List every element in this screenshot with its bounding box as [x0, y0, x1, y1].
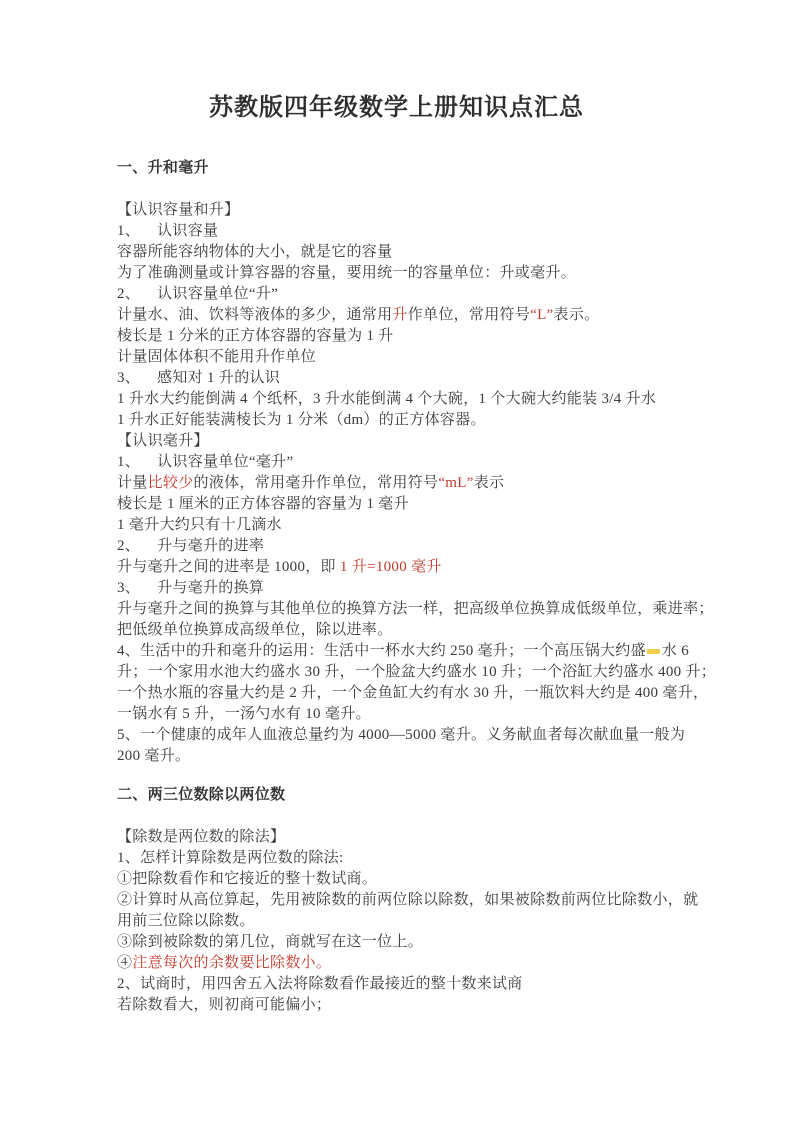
text-segment: 一、升和毫升 — [117, 160, 209, 176]
text-segment: ③除到被除数的第几位，商就写在这一位上。 — [117, 934, 423, 950]
text-segment: 升与毫升的换算 — [157, 580, 264, 596]
text-line: 升与毫升之间的换算与其他单位的换算方法一样，把高级单位换算成低级单位，乘进率； — [117, 599, 676, 620]
text-segment: 认识容量单位“毫升” — [157, 454, 293, 470]
text-line: 计量比较少的液体，常用毫升作单位，常用符号“mL”表示 — [117, 473, 676, 494]
text-segment: ②计算时从高位算起，先用被除数的前两位除以除数，如果被除数前两位比除数小，就 — [117, 892, 698, 908]
text-segment: 用前三位除以除数。 — [117, 913, 255, 929]
text-line: ②计算时从高位算起，先用被除数的前两位除以除数，如果被除数前两位比除数小，就 — [117, 890, 676, 911]
text-segment: 【认识容量和升】 — [117, 202, 239, 218]
text-line: 3、感知对 1 升的认识 — [117, 368, 676, 389]
text-line: 为了准确测量或计算容器的容量，要用统一的容量单位：升或毫升。 — [117, 263, 676, 284]
text-line: 用前三位除以除数。 — [117, 911, 676, 932]
text-segment: 感知对 1 升的认识 — [157, 370, 280, 386]
text-segment: ①把除数看作和它接近的整十数试商。 — [117, 871, 377, 887]
text-line: 1、认识容量单位“毫升” — [117, 452, 676, 473]
text-line: 【认识毫升】 — [117, 431, 676, 452]
text-segment: 容器所能容纳物体的大小，就是它的容量 — [117, 244, 392, 260]
red-emphasis-text: 注意每次的余数要比除数小。 — [132, 955, 331, 971]
text-line: ③除到被除数的第几位，商就写在这一位上。 — [117, 932, 676, 953]
text-segment: 升与毫升之间的进率是 1000，即 — [117, 559, 340, 575]
text-segment: 2、 — [117, 538, 140, 554]
red-emphasis-text: 升 — [392, 307, 407, 323]
text-segment: 2、试商时，用四舍五入法将除数看作最接近的整十数来试商 — [117, 976, 523, 992]
text-line: 把低级单位换算成高级单位，除以进率。 — [117, 620, 676, 641]
text-segment: 一个热水瓶的容量大约是 2 升，一个金鱼缸大约有水 30 升，一瓶饮料大约是 4… — [117, 685, 708, 701]
text-line: 1、认识容量 — [117, 221, 676, 242]
text-segment: 1、 — [117, 454, 140, 470]
text-segment: 200 毫升。 — [117, 748, 190, 764]
text-segment: 若除数看大，则初商可能偏小； — [117, 997, 331, 1013]
text-line: 计量固体体积不能用升作单位 — [117, 347, 676, 368]
text-segment: 升与毫升的进率 — [157, 538, 264, 554]
text-segment: 【认识毫升】 — [117, 433, 209, 449]
text-line: 棱长是 1 厘米的正方体容器的容量为 1 毫升 — [117, 494, 676, 515]
text-segment: 3、 — [117, 370, 140, 386]
text-segment: 水 6 — [662, 643, 689, 659]
text-segment: ④ — [117, 955, 132, 971]
text-line: 一锅水有 5 升，一汤勺水有 10 毫升。 — [117, 704, 676, 725]
text-line: 1、怎样计算除数是两位数的除法: — [117, 848, 676, 869]
text-line: 3、升与毫升的换算 — [117, 578, 676, 599]
text-segment: 表示 — [474, 475, 505, 491]
text-segment: 1、 — [117, 223, 140, 239]
text-line: 棱长是 1 分米的正方体容器的容量为 1 升 — [117, 326, 676, 347]
text-line: 【除数是两位数的除法】 — [117, 827, 676, 848]
text-segment: 为了准确测量或计算容器的容量，要用统一的容量单位：升或毫升。 — [117, 265, 576, 281]
text-segment: 计量固体体积不能用升作单位 — [117, 349, 316, 365]
text-line: 若除数看大，则初商可能偏小； — [117, 995, 676, 1016]
text-line: 1 升水大约能倒满 4 个纸杯，3 升水能倒满 4 个大碗，1 个大碗大约能装 … — [117, 389, 676, 410]
text-segment: 升；一个家用水池大约盛水 30 升，一个脸盆大约盛水 10 升；一个浴缸大约盛水… — [117, 664, 716, 680]
text-segment: 1、怎样计算除数是两位数的除法: — [117, 850, 343, 866]
text-segment: 1 升水大约能倒满 4 个纸杯，3 升水能倒满 4 个大碗，1 个大碗大约能装 … — [117, 391, 656, 407]
text-segment: 把低级单位换算成高级单位，除以进率。 — [117, 622, 392, 638]
text-segment: 1 升水正好能装满棱长为 1 分米（dm）的正方体容器。 — [117, 412, 486, 428]
text-segment: 1 毫升大约只有十几滴水 — [117, 517, 282, 533]
text-segment: 二、两三位数除以两位数 — [117, 787, 285, 803]
text-line: 5、一个健康的成年人血液总量约为 4000––5000 毫升。义务献血者每次献血… — [117, 725, 676, 746]
text-segment: 的液体，常用毫升作单位，常用符号 — [194, 475, 439, 491]
text-line: 升与毫升之间的进率是 1000，即 1 升=1000 毫升 — [117, 557, 676, 578]
document-content: 苏教版四年级数学上册知识点汇总 一、升和毫升【认识容量和升】1、认识容量容器所能… — [0, 0, 793, 1016]
text-line: ④注意每次的余数要比除数小。 — [117, 953, 676, 974]
text-line: 容器所能容纳物体的大小，就是它的容量 — [117, 242, 676, 263]
text-segment: 作单位，常用符号 — [408, 307, 530, 323]
text-segment: 一锅水有 5 升，一汤勺水有 10 毫升。 — [117, 706, 371, 722]
red-emphasis-text: “L” — [530, 307, 553, 323]
yellow-highlight-mark — [647, 649, 660, 654]
red-emphasis-text: 比较少 — [148, 475, 194, 491]
text-line: ①把除数看作和它接近的整十数试商。 — [117, 869, 676, 890]
text-line: 2、试商时，用四舍五入法将除数看作最接近的整十数来试商 — [117, 974, 676, 995]
section-heading: 一、升和毫升 — [117, 158, 676, 179]
text-segment: 5、一个健康的成年人血液总量约为 4000––5000 毫升。义务献血者每次献血… — [117, 727, 685, 743]
page-title: 苏教版四年级数学上册知识点汇总 — [117, 90, 676, 126]
text-line: 2、升与毫升的进率 — [117, 536, 676, 557]
text-line: 4、生活中的升和毫升的运用：生活中一杯水大约 250 毫升；一个高压锅大约盛水 … — [117, 641, 676, 662]
text-segment: 2、 — [117, 286, 140, 302]
section-heading: 二、两三位数除以两位数 — [117, 785, 676, 806]
text-segment: 认识容量 — [157, 223, 218, 239]
text-segment: 认识容量单位“升” — [157, 286, 278, 302]
text-line: 2、认识容量单位“升” — [117, 284, 676, 305]
text-segment: 计量水、油、饮料等液体的多少，通常用 — [117, 307, 392, 323]
text-line: 200 毫升。 — [117, 746, 676, 767]
text-segment: 棱长是 1 厘米的正方体容器的容量为 1 毫升 — [117, 496, 409, 512]
text-line: 1 毫升大约只有十几滴水 — [117, 515, 676, 536]
document-body: 一、升和毫升【认识容量和升】1、认识容量容器所能容纳物体的大小，就是它的容量为了… — [117, 158, 676, 1016]
text-line: 1 升水正好能装满棱长为 1 分米（dm）的正方体容器。 — [117, 410, 676, 431]
text-line: 升；一个家用水池大约盛水 30 升，一个脸盆大约盛水 10 升；一个浴缸大约盛水… — [117, 662, 676, 683]
text-segment: 计量 — [117, 475, 148, 491]
text-segment: 【除数是两位数的除法】 — [117, 829, 285, 845]
red-emphasis-text: 1 升=1000 毫升 — [340, 559, 442, 575]
text-segment: 棱长是 1 分米的正方体容器的容量为 1 升 — [117, 328, 394, 344]
text-segment: 升与毫升之间的换算与其他单位的换算方法一样，把高级单位换算成低级单位，乘进率； — [117, 601, 714, 617]
red-emphasis-text: “mL” — [438, 475, 473, 491]
text-segment: 4、生活中的升和毫升的运用：生活中一杯水大约 250 毫升；一个高压锅大约盛 — [117, 643, 646, 659]
text-line: 【认识容量和升】 — [117, 200, 676, 221]
text-segment: 3、 — [117, 580, 140, 596]
text-line: 一个热水瓶的容量大约是 2 升，一个金鱼缸大约有水 30 升，一瓶饮料大约是 4… — [117, 683, 676, 704]
text-segment: 表示。 — [554, 307, 600, 323]
text-line: 计量水、油、饮料等液体的多少，通常用升作单位，常用符号“L”表示。 — [117, 305, 676, 326]
document-page: 苏教版四年级数学上册知识点汇总 一、升和毫升【认识容量和升】1、认识容量容器所能… — [0, 0, 793, 1122]
